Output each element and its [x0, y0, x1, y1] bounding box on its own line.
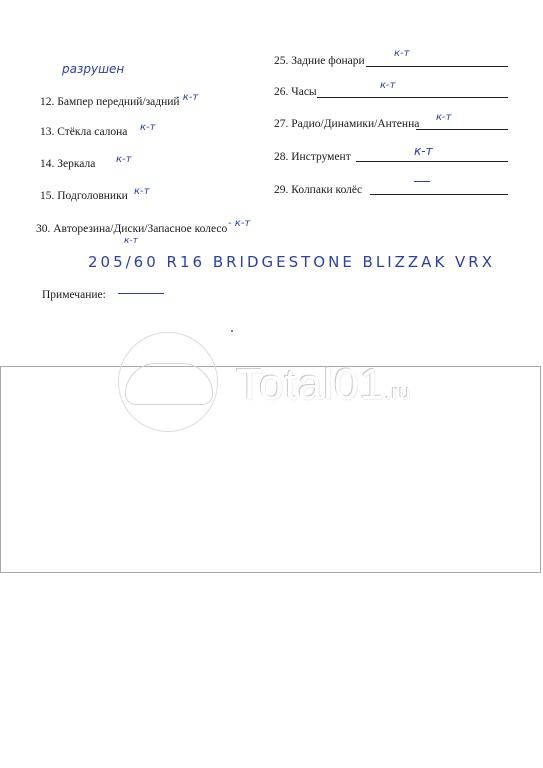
item-29-label: 29. Колпаки колёс	[274, 184, 362, 196]
watermark-car-icon	[125, 363, 213, 405]
item-28-label: 28. Инструмент	[274, 151, 351, 163]
watermark-text: Total01.ru	[236, 360, 411, 410]
item-13-note: к-т	[140, 122, 155, 133]
item-25-label: 25. Задние фонари	[274, 55, 365, 67]
item-13-label: 13. Стёкла салона	[40, 126, 127, 138]
item-12-note: - к-т	[176, 92, 198, 103]
item-29-dash	[414, 181, 430, 182]
item-30-sub-note: к-т	[124, 236, 138, 246]
item-15-label: 15. Подголовники	[40, 190, 128, 202]
remarks-dash	[118, 293, 164, 294]
item-28-line	[356, 161, 508, 162]
item-26-label: 26. Часы	[274, 86, 317, 98]
item-30-label: 30. Авторезина/Диски/Запасное колесо	[36, 223, 227, 235]
item-14-label: 14. Зеркала	[40, 158, 95, 170]
item-27-line	[416, 129, 508, 130]
item-27-note: к-т	[436, 112, 451, 123]
item-26-line	[317, 97, 508, 98]
item-29-line	[370, 194, 508, 195]
item-26-note: к-т	[380, 80, 395, 91]
scan-speck	[231, 330, 233, 332]
handwritten-annotation-bumper: разрушен	[62, 62, 124, 76]
tire-details: 205/60 R16 BRIDGESTONE BLIZZAK VRX	[88, 253, 495, 271]
item-27-label: 27. Радио/Динамики/Антенна	[274, 118, 419, 130]
item-30-note: - к-т	[228, 218, 250, 229]
item-12-label: 12. Бампер передний/задний	[40, 96, 180, 108]
item-15-note: к-т	[134, 186, 149, 197]
remarks-label: Примечание:	[42, 289, 106, 301]
item-25-note: к-т	[394, 48, 409, 59]
item-14-note: к-т	[116, 154, 131, 165]
item-28-note: к-т	[414, 144, 433, 158]
item-25-line	[366, 66, 508, 67]
